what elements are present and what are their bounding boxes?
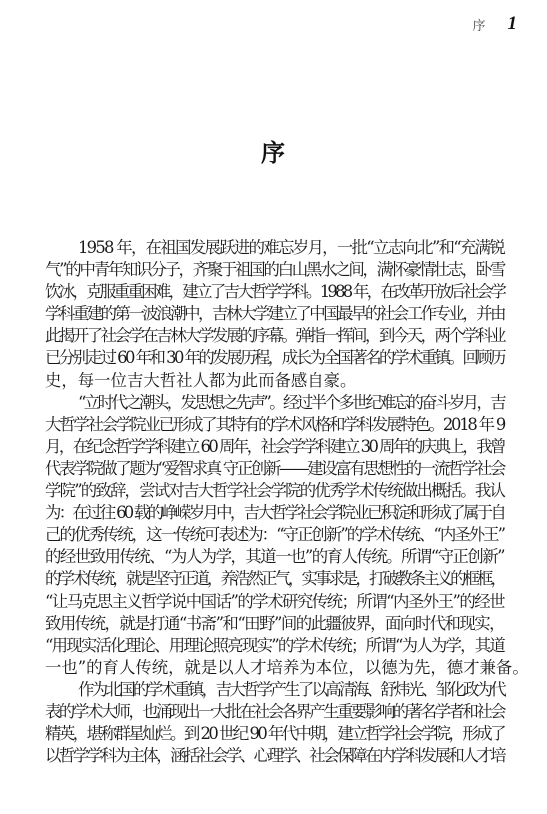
text-line: 大哲学社会学院业已形成了其特有的学术风格和学科发展特色。2018 年 9 <box>45 414 504 436</box>
text-line: 致用传统，就是打通“书斋”和“田野”间的此疆彼界，面向时代和现实， <box>45 613 504 635</box>
text-line: 表的学术大师，也涌现出一大批在社会各界产生重要影响的著名学者和社会 <box>45 701 504 723</box>
text-line: 作为北国的学术重镇，吉大哲学产生了以高清海、舒炜光、邹化政为代 <box>45 679 504 701</box>
text-line: 代表学院做了题为“爱智求真 守正创新——建设富有思想性的一流哲学社会 <box>45 458 504 480</box>
text-line: 以哲学学科为主体，涵括社会学、心理学、社会保障在内学科发展和人才培 <box>45 745 504 767</box>
text-line: 已分别走过 60 年和 30 年的发展历程，成长为全国著名的学术重镇。回顾历 <box>45 347 504 369</box>
text-line: 此揭开了社会学在吉林大学发展的序幕。弹指一挥间，到今天，两个学科业 <box>45 325 504 347</box>
text-line: 饮冰，克服重重困难，建立了吉大哲学学科。1988 年，在改革开放后社会学 <box>45 281 504 303</box>
text-line: 史，每一位吉大哲社人都为此而备感自豪。 <box>45 370 504 392</box>
text-line: 精英，堪称群星灿烂。到 20 世纪 90 年代中期，建立哲学社会学院，形成了 <box>45 723 504 745</box>
text-line: 月，在纪念哲学学科建立 60 周年，社会学学科建立 30 周年的庆典上，我曾 <box>45 436 504 458</box>
text-line: 学院”的致辞，尝试对吉大哲学社会学院的优秀学术传统做出概括。我认 <box>45 480 504 502</box>
text-line: 为：在过往 60 载的峥嵘岁月中，吉大哲学社会学院业已积淀和形成了属于自 <box>45 502 504 524</box>
running-head-section-title: 序 <box>472 15 485 34</box>
text-line: 1958 年，在祖国发展跃进的难忘岁月，一批“立志向北”和“充满锐 <box>45 237 504 259</box>
body-text: 1958 年，在祖国发展跃进的难忘岁月，一批“立志向北”和“充满锐气”的中青年知… <box>45 237 504 767</box>
text-line: “立时代之潮头，发思想之先声”。经过半个多世纪难忘的奋斗岁月，吉 <box>45 392 504 414</box>
chapter-title: 序 <box>0 133 547 168</box>
text-line: 己的优秀传统，这一传统可表述为：“守正创新”的学术传统、“内圣外王” <box>45 524 504 546</box>
text-line: 学科重建的第一波浪潮中，吉林大学建立了中国最早的社会工作专业，并由 <box>45 303 504 325</box>
text-line: 一也”的育人传统，就是以人才培养为本位，以德为先，德才兼备。 <box>45 657 504 679</box>
page-number: 1 <box>508 13 518 35</box>
text-line: 气”的中青年知识分子，齐聚于祖国的白山黑水之间，满怀豪情壮志，卧雪 <box>45 259 504 281</box>
text-line: “用现实活化理论、用理论照亮现实”的学术传统；所谓“为人为学，其道 <box>45 635 504 657</box>
text-line: “让马克思主义哲学说中国话”的学术研究传统；所谓“内圣外王”的经世 <box>45 591 504 613</box>
running-head: 序 1 <box>472 12 517 36</box>
text-line: 的学术传统，就是坚守正道，养浩然正气，实事求是，打破教条主义的框框， <box>45 568 504 590</box>
text-line: 的经世致用传统、“为人为学，其道一也”的育人传统。所谓“守正创新” <box>45 546 504 568</box>
